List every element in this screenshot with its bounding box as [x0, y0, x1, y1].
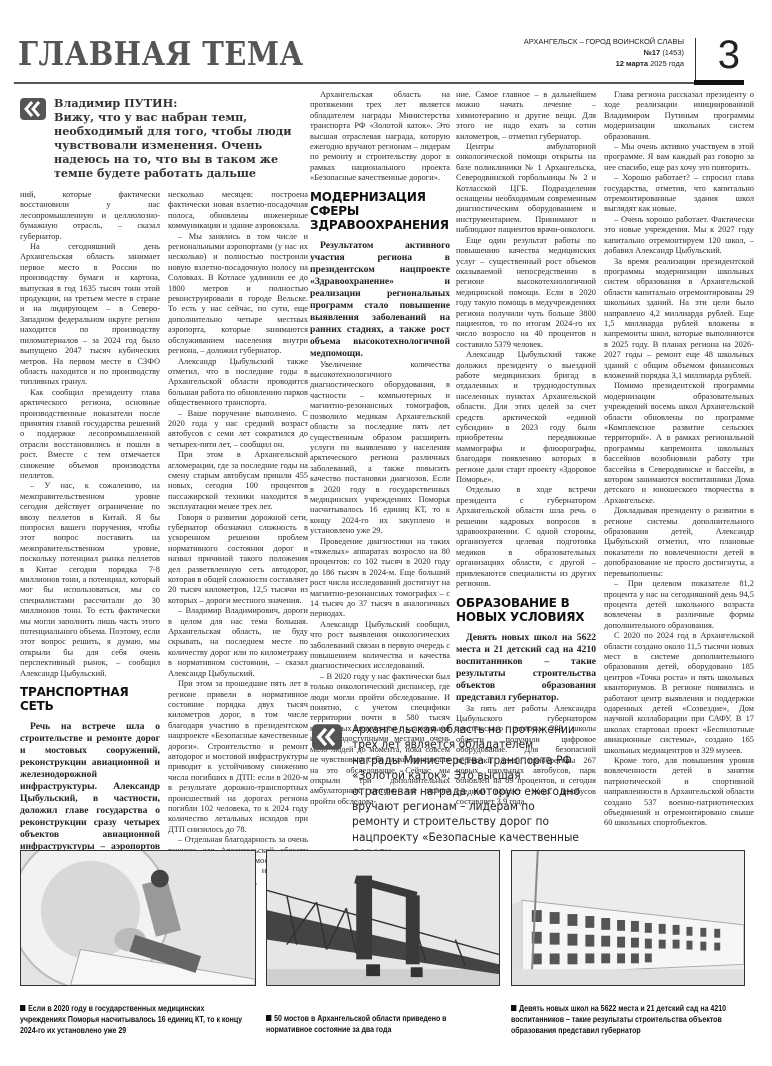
- paragraph: ние. Самое главное – в дальнейшем можно …: [456, 90, 596, 142]
- paragraph: – У нас, к сожалению, на межправительств…: [20, 481, 160, 679]
- paragraph: С 2020 по 2024 год в Архангельской облас…: [604, 631, 754, 756]
- photo-caption: 50 мостов в Архангельской области привед…: [266, 1013, 482, 1035]
- paragraph: Архангельская область на протяжении трех…: [310, 90, 450, 184]
- paragraph: несколько месяцев: построена фактически …: [168, 190, 308, 232]
- paragraph: Как сообщил президенту глава арктическог…: [20, 388, 160, 482]
- bullet-square-icon: [266, 1015, 271, 1021]
- bridge-photo: [266, 850, 500, 986]
- paragraph: Кроме того, для повышения уровня вовлече…: [604, 756, 754, 829]
- paragraph: Еще один результат работы по повышению к…: [456, 236, 596, 350]
- caption-text: Если в 2020 году в государственных медиц…: [20, 1004, 242, 1035]
- photo-caption: Если в 2020 году в государственных медиц…: [20, 1003, 245, 1036]
- quote-author: Владимир ПУТИН:: [54, 96, 302, 110]
- quote-body: Вижу, что у вас набран темп, необходимый…: [54, 110, 292, 180]
- paragraph: На сегодняшний день Архангельская област…: [20, 242, 160, 388]
- paragraph: Помимо президентской программы модерниза…: [604, 381, 754, 506]
- page-header: ГЛАВНАЯ ТЕМА АРХАНГЕЛЬСК – ГОРОД ВОИНСКО…: [14, 0, 744, 84]
- paragraph: При этом в Архангельской агломерации, гд…: [168, 450, 308, 512]
- article-column-3: Архангельская область на протяжении трех…: [310, 90, 450, 807]
- paragraph: За время реализации президентской програ…: [604, 257, 754, 382]
- paragraph: Проведение диагностики на таких «тяжелых…: [310, 537, 450, 620]
- article-column-1: ний, которые фактически восстановили у н…: [20, 190, 160, 962]
- school-building-photo: [511, 850, 745, 986]
- mri-scanner-photo: [20, 850, 256, 986]
- pull-quote-text: Архангельская область на протяжении трех…: [352, 722, 580, 861]
- date-bold: 12 марта: [616, 59, 648, 68]
- paragraph: – Очень хорошо работает. Фактически это …: [604, 215, 754, 257]
- header-divider: [695, 38, 697, 84]
- section-title: ГЛАВНАЯ ТЕМА: [18, 34, 304, 73]
- caption-text: 50 мостов в Архангельской области привед…: [266, 1014, 447, 1034]
- caption-text: Девять новых школ на 5622 места и 21 дет…: [511, 1004, 726, 1035]
- date-rest: 2025 года: [650, 59, 684, 68]
- paragraph: Александр Цыбульский также доложил прези…: [456, 350, 596, 485]
- paragraph: Говоря о развитии дорожной сети, губерна…: [168, 513, 308, 607]
- paragraph: – Владимир Владимирович, дороги в целом …: [168, 606, 308, 679]
- paragraph: – Мы занялись в том числе и региональным…: [168, 232, 308, 357]
- date-line: 12 марта 2025 года: [524, 58, 684, 69]
- paragraph: Александр Цыбульский сообщил, что рост в…: [310, 620, 450, 672]
- subhead-healthcare: МОДЕРНИЗАЦИЯ СФЕРЫ ЗДРАВООХРАНЕНИЯ: [310, 190, 450, 232]
- page-number-bar: [694, 80, 744, 85]
- paragraph: Александр Цыбульский также отметил, что …: [168, 357, 308, 409]
- article-column-4: ние. Самое главное – в дальнейшем можно …: [456, 90, 596, 808]
- putin-quote: Владимир ПУТИН: Вижу, что у вас набран т…: [20, 96, 302, 188]
- quote-text-block: Владимир ПУТИН: Вижу, что у вас набран т…: [54, 96, 302, 188]
- paragraph: Увеличение количества высокотехнологично…: [310, 360, 450, 537]
- paragraph: При этом за прошедшие пять лет в регионе…: [168, 679, 308, 835]
- lead-education: Девять новых школ на 5622 места и 21 дет…: [456, 632, 596, 704]
- issue-number: №17: [644, 48, 661, 57]
- paragraph: – Хорошо работает? – спросил глава госуд…: [604, 173, 754, 215]
- pull-quote: Архангельская область на протяжении трех…: [312, 722, 600, 861]
- lead-healthcare: Результатом активного участия региона в …: [310, 240, 450, 360]
- issue-total: (1453): [662, 48, 684, 57]
- subhead-transport: ТРАНСПОРТНАЯ СЕТЬ: [20, 685, 160, 713]
- double-chevron-quote-icon: [20, 98, 46, 120]
- masthead-slogan: АРХАНГЕЛЬСК – ГОРОД ВОИНСКОЙ СЛАВЫ: [524, 36, 684, 47]
- paragraph: – Мы очень активно участвуем в этой прог…: [604, 142, 754, 173]
- paragraph: – Ваше поручение выполнено. С 2020 года …: [168, 409, 308, 451]
- issue-line: №17 (1453): [524, 47, 684, 58]
- page-number: 3: [718, 33, 740, 78]
- paragraph: Отдельно в ходе встречи президента с губ…: [456, 485, 596, 589]
- photo-caption: Девять новых школ на 5622 места и 21 дет…: [511, 1003, 745, 1036]
- masthead: АРХАНГЕЛЬСК – ГОРОД ВОИНСКОЙ СЛАВЫ №17 (…: [524, 36, 684, 69]
- paragraph: – При целевом показателе 81,2 процента у…: [604, 579, 754, 631]
- paragraph: ний, которые фактически восстановили у н…: [20, 190, 160, 242]
- subhead-education: ОБРАЗОВАНИЕ В НОВЫХ УСЛОВИЯХ: [456, 596, 596, 624]
- article-column-2: несколько месяцев: построена фактически …: [168, 190, 308, 898]
- bullet-square-icon: [20, 1005, 25, 1011]
- paragraph: Докладывая президенту о развитии в регио…: [604, 506, 754, 579]
- paragraph: Центры амбулаторной онкологической помощ…: [456, 142, 596, 236]
- paragraph: Глава региона рассказал президенту о ход…: [604, 90, 754, 142]
- bullet-square-icon: [511, 1005, 516, 1011]
- double-chevron-quote-icon: [312, 724, 342, 750]
- article-column-5: Глава региона рассказал президенту о ход…: [604, 90, 754, 829]
